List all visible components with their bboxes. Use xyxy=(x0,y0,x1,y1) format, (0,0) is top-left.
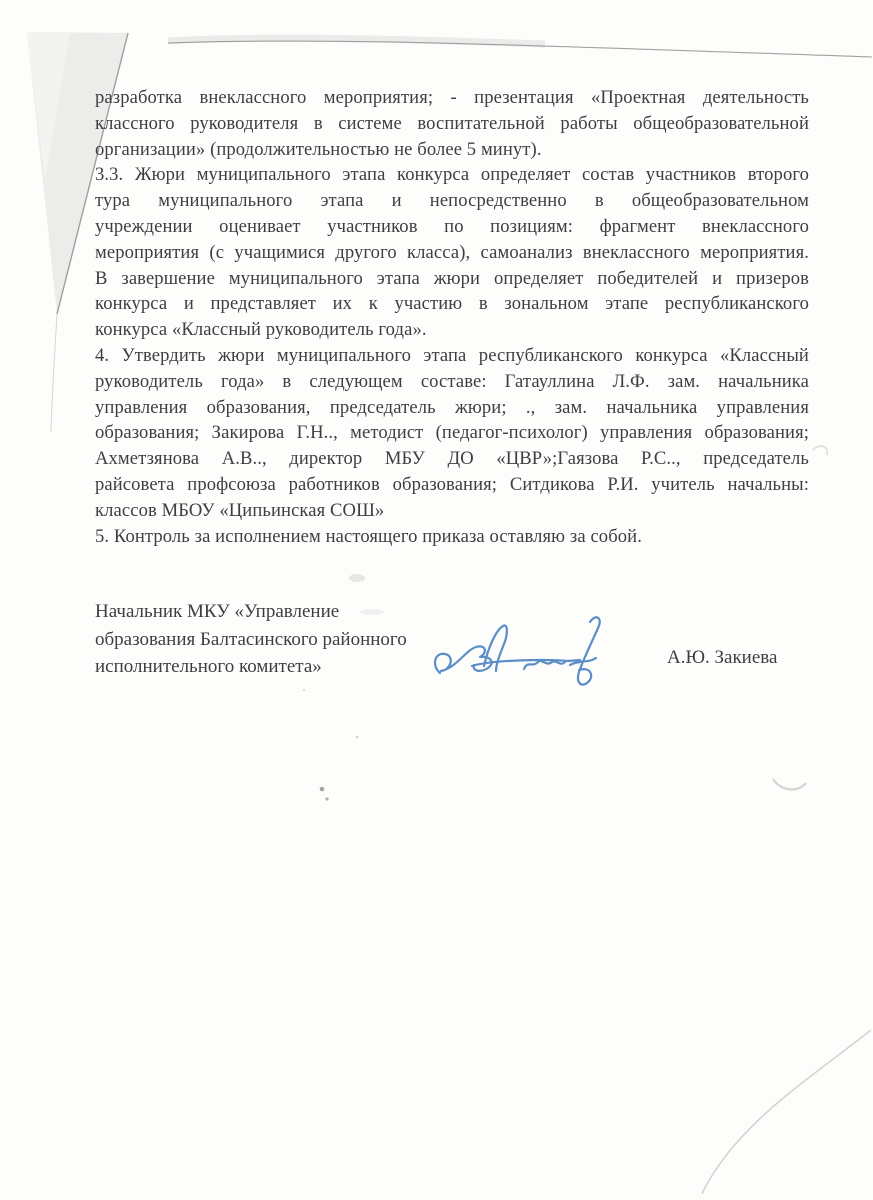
curve-smudge-artifact xyxy=(773,779,806,789)
text-line: образования; Закирова Г.Н.., методист (п… xyxy=(95,420,809,446)
text-line: 5. Контроль за исполнением настоящего пр… xyxy=(95,524,809,550)
text-line: разработка внеклассного мероприятия; - п… xyxy=(95,85,809,111)
scanned-document-page: разработка внеклассного мероприятия; - п… xyxy=(0,0,873,1200)
closing-signatory-title: Начальник МКУ «Управлениеобразования Бал… xyxy=(95,598,455,681)
text-line: 3.3. Жюри муниципального этапа конкурса … xyxy=(95,162,809,188)
closing-line: исполнительного комитета» xyxy=(95,653,455,681)
text-line: В завершение муниципального этапа жюри о… xyxy=(95,266,809,292)
text-line: руководитель года» в следующем составе: … xyxy=(95,369,809,395)
text-line: 4. Утвердить жюри муниципального этапа р… xyxy=(95,343,809,369)
bottom-crease-line-artifact xyxy=(702,1030,871,1194)
text-line: учреждении оценивает участников по позиц… xyxy=(95,214,809,240)
text-line: конкурса «Классный руководитель года». xyxy=(95,317,809,343)
text-line: тура муниципального этапа и непосредстве… xyxy=(95,188,809,214)
closing-line: Начальник МКУ «Управление xyxy=(95,598,455,626)
text-line: управления образования, председатель жюр… xyxy=(95,395,809,421)
closing-line: образования Балтасинского районного xyxy=(95,626,455,654)
crescent-smudge-artifact xyxy=(813,446,827,455)
text-line: Ахметзянова А.В.., директор МБУ ДО «ЦВР»… xyxy=(95,446,809,472)
top-crease-line-artifact xyxy=(168,38,872,57)
text-line: конкурса и представляет их к участию в з… xyxy=(95,291,809,317)
signer-name: А.Ю. Закиева xyxy=(667,647,777,669)
text-line: классного руководителя в системе воспита… xyxy=(95,111,809,137)
document-body: разработка внеклассного мероприятия; - п… xyxy=(95,85,809,549)
text-line: райсовета профсоюза работников образован… xyxy=(95,472,809,498)
text-line: классов МБОУ «Ципьинская СОШ» xyxy=(95,498,809,524)
text-line: мероприятия (с учащимися другого класса)… xyxy=(95,240,809,266)
handwritten-signature-ink xyxy=(428,610,624,704)
text-line: организации» (продолжительностью не боле… xyxy=(95,137,809,163)
